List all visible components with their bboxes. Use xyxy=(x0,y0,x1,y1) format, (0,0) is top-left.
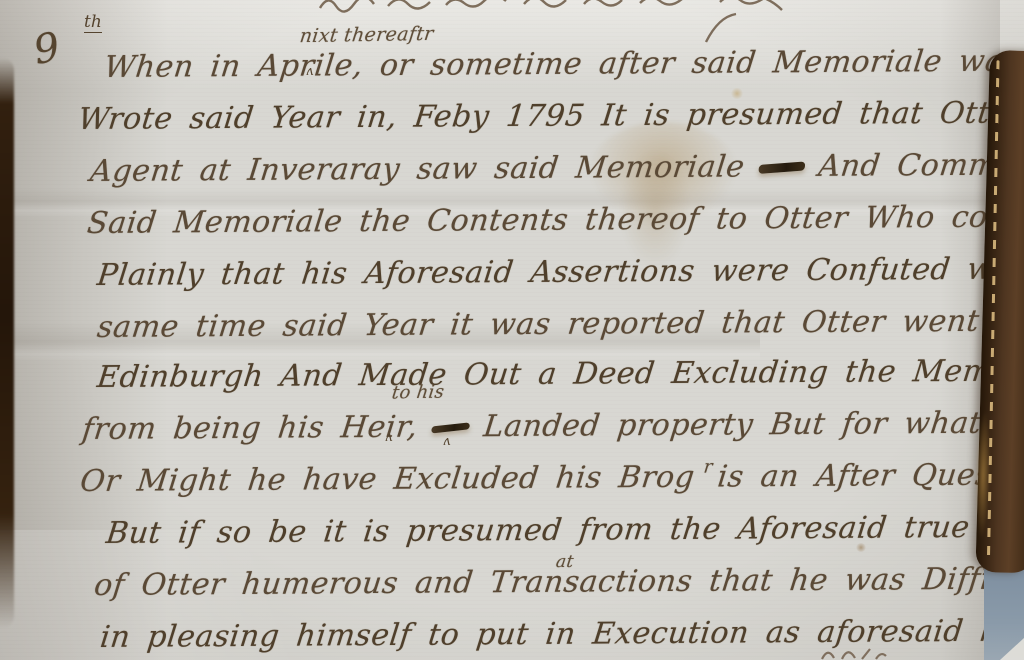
manuscript-line: from being his Heir, Landed property But… xyxy=(80,403,1024,450)
manuscript-line: Agent at Inveraray saw said Memoriale An… xyxy=(88,145,1024,192)
manuscript-line: Wrote said Year in, Feby 1795 It is pres… xyxy=(76,93,1024,140)
manuscript-line: Edinburgh And Made Out a Deed Excluding … xyxy=(95,351,1024,398)
leather-cover-edge xyxy=(0,58,14,628)
interlinear-insertion: nixt thereaftr xyxy=(298,23,434,47)
margin-item-number: 9 xyxy=(30,24,63,74)
interlinear-insertion: to his xyxy=(391,382,446,404)
clipped-next-line-strokes xyxy=(820,646,890,660)
flourish-stroke xyxy=(700,12,740,46)
manuscript-line-segment: from being his Heir, xyxy=(80,408,420,450)
manuscript-line-segment: Or Might he have Excluded his Brog xyxy=(78,458,697,502)
manuscript-line: of Otter humerous and Transactions that … xyxy=(92,559,1024,606)
caret-mark: ʌ xyxy=(443,434,450,449)
manuscript-line-segment: is an After Question xyxy=(715,455,1024,497)
manuscript-line: same time said Year it was reported that… xyxy=(95,302,1024,348)
manuscript-photo: 9 th nixt thereaftr ʌ When in Aprile, or… xyxy=(0,0,1024,660)
superscript-abbreviation: r xyxy=(701,448,715,488)
manuscript-line-segment: Landed property But for what Cause xyxy=(481,403,1024,447)
manuscript-line: Plainly that his Aforesaid Assertions we… xyxy=(95,249,1024,296)
manuscript-line: When in Aprile, or sometime after said M… xyxy=(102,42,1022,88)
margin-item-number-suffix: th xyxy=(84,12,102,33)
struck-out-word xyxy=(758,161,805,174)
manuscript-line-segment: Agent at Inveraray saw said Memoriale xyxy=(88,147,747,192)
caret-mark: ʌ xyxy=(385,430,392,445)
manuscript-line-segment: And Communicated xyxy=(816,145,1024,187)
manuscript-line: But if so be it is presumed from the Afo… xyxy=(104,507,1024,554)
manuscript-line: Or Might he have Excluded his Brog r is … xyxy=(78,455,1024,502)
struck-out-word xyxy=(431,422,469,433)
manuscript-line: Said Memoriale the Contents thereof to O… xyxy=(85,197,1024,244)
